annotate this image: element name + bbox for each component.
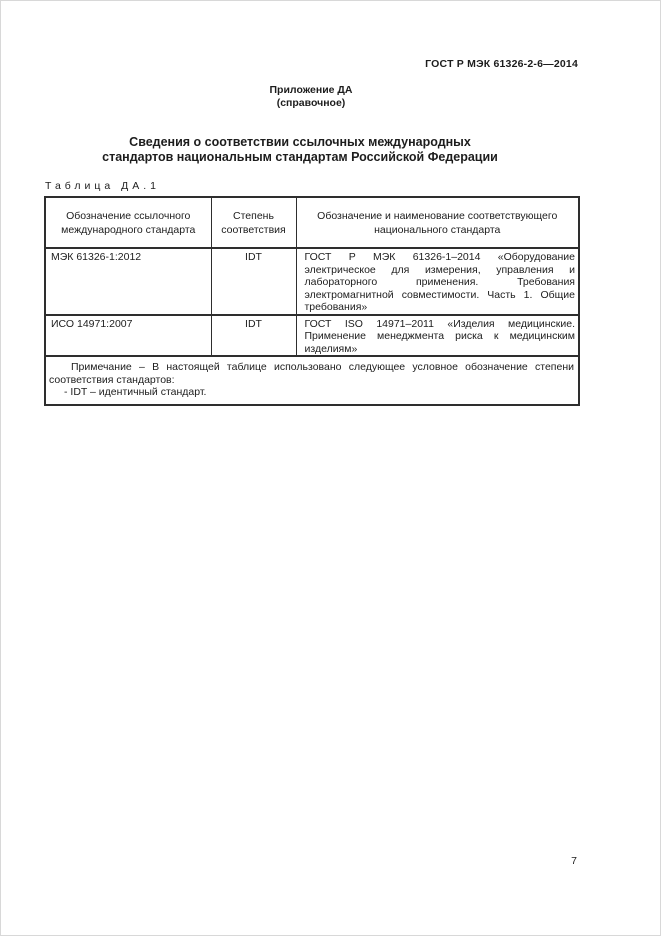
- column-header-international-standard: Обозначение ссылочного международного ст…: [45, 197, 211, 248]
- document-page: ГОСТ Р МЭК 61326-2-6—2014 Приложение ДА …: [0, 0, 661, 936]
- table-header-row: Обозначение ссылочного международного ст…: [45, 197, 579, 248]
- cell-reference-standard: МЭК 61326-1:2012: [45, 248, 211, 315]
- table-note-cell: Примечание – В настоящей таблице использ…: [45, 356, 579, 405]
- note-text: Примечание – В настоящей таблице использ…: [49, 361, 574, 386]
- page-number: 7: [44, 855, 578, 867]
- page-content: ГОСТ Р МЭК 61326-2-6—2014 Приложение ДА …: [44, 0, 578, 936]
- document-code: ГОСТ Р МЭК 61326-2-6—2014: [44, 58, 578, 70]
- section-title-line-2: стандартов национальным стандартам Росси…: [44, 150, 556, 165]
- annex-title: Приложение ДА: [44, 84, 578, 97]
- table-note-row: Примечание – В настоящей таблице использ…: [45, 356, 579, 405]
- section-title-line-1: Сведения о соответствии ссылочных междун…: [44, 135, 556, 150]
- annex-subtitle: (справочное): [44, 97, 578, 110]
- column-header-degree-of-correspondence: Степень соответствия: [211, 197, 296, 248]
- annex-heading: Приложение ДА (справочное): [44, 84, 578, 110]
- cell-reference-standard: ИСО 14971:2007: [45, 315, 211, 357]
- cell-degree: IDT: [211, 315, 296, 357]
- cell-degree: IDT: [211, 248, 296, 315]
- table-caption: Таблица ДА.1: [45, 180, 160, 192]
- cell-national-standard: ГОСТ Р МЭК 61326-1–2014 «Оборудование эл…: [296, 248, 579, 315]
- table-row: МЭК 61326-1:2012 IDT ГОСТ Р МЭК 61326-1–…: [45, 248, 579, 315]
- section-title: Сведения о соответствии ссылочных междун…: [44, 135, 578, 165]
- standards-correspondence-table: Обозначение ссылочного международного ст…: [44, 196, 580, 406]
- cell-national-standard: ГОСТ ISO 14971–2011 «Изделия медицинские…: [296, 315, 579, 357]
- column-header-national-standard: Обозначение и наименование соответствующ…: [296, 197, 579, 248]
- note-item-idt: - IDT – идентичный стандарт.: [64, 386, 574, 399]
- table-row: ИСО 14971:2007 IDT ГОСТ ISO 14971–2011 «…: [45, 315, 579, 357]
